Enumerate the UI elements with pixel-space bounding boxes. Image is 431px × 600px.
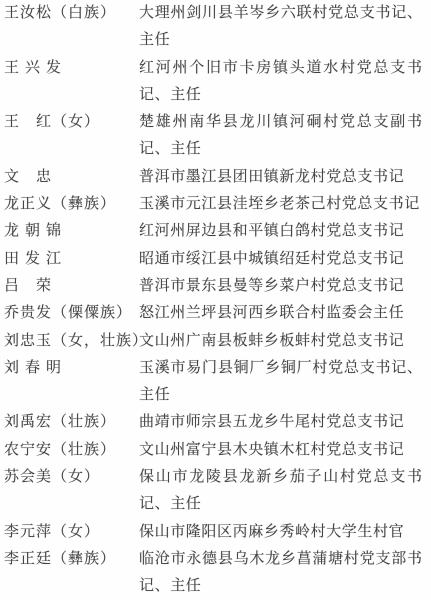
position-line: 记、主任 <box>139 573 422 600</box>
position-line: 文山州富宁县木央镇木杠村党总支书记 <box>139 437 422 464</box>
position-line: 普洱市景东县曼等乡菜户村党总支书记 <box>139 273 422 300</box>
list-entry: 农宁安（壮族） 文山州富宁县木央镇木杠村党总支书记 <box>0 437 431 464</box>
person-position: 文山州广南县板蚌乡板蚌村党总支书记 <box>139 328 422 355</box>
person-position: 红河州屏边县和平镇白鸽村党总支书记 <box>139 218 422 245</box>
position-line: 曲靖市师宗县五龙乡牛尾村党总支书记 <box>139 409 422 436</box>
list-entry: 刘春明 玉溪市易门县铜厂乡铜厂村党总支书记、主任 <box>0 355 431 410</box>
list-entry: 李正廷（彝族） 临沧市永德县乌木龙乡菖蒲塘村党支部书记、主任 <box>0 546 431 600</box>
person-position: 普洱市墨江县团田镇新龙村党总支书记 <box>139 164 422 191</box>
position-line: 红河州个旧市卡房镇头道水村党总支书 <box>139 55 422 82</box>
person-name: 田发江 <box>0 246 139 273</box>
person-position: 大理州剑川县羊岑乡六联村党总支书记、主任 <box>139 0 422 55</box>
list-entry: 王兴发 红河州个旧市卡房镇头道水村党总支书记、主任 <box>0 55 431 110</box>
list-entry: 文 忠 普洱市墨江县团田镇新龙村党总支书记 <box>0 164 431 191</box>
position-line: 记、主任 <box>139 136 422 163</box>
person-position: 保山市龙陵县龙新乡茄子山村党总支书记、主任 <box>139 464 422 519</box>
position-line: 玉溪市易门县铜厂乡铜厂村党总支书记、 <box>139 355 422 382</box>
position-line: 主任 <box>139 382 422 409</box>
person-position: 红河州个旧市卡房镇头道水村党总支书记、主任 <box>139 55 422 110</box>
person-name: 李元萍（女） <box>0 519 139 546</box>
list-entry: 王 红（女） 楚雄州南华县龙川镇河硐村党总支副书记、主任 <box>0 109 431 164</box>
position-line: 红河州屏边县和平镇白鸽村党总支书记 <box>139 218 422 245</box>
position-line: 保山市龙陵县龙新乡茄子山村党总支书 <box>139 464 422 491</box>
list-entry: 吕 荣 普洱市景东县曼等乡菜户村党总支书记 <box>0 273 431 300</box>
person-name: 刘春明 <box>0 355 139 382</box>
person-name: 李正廷（彝族） <box>0 546 139 573</box>
person-position: 临沧市永德县乌木龙乡菖蒲塘村党支部书记、主任 <box>139 546 422 600</box>
person-position: 玉溪市元江县洼垤乡老茶己村党总支书记 <box>139 191 422 218</box>
person-position: 普洱市景东县曼等乡菜户村党总支书记 <box>139 273 422 300</box>
person-position: 曲靖市师宗县五龙乡牛尾村党总支书记 <box>139 409 422 436</box>
person-position: 玉溪市易门县铜厂乡铜厂村党总支书记、主任 <box>139 355 422 410</box>
person-name: 王兴发 <box>0 55 139 82</box>
position-line: 主任 <box>139 27 422 54</box>
person-name: 王 红（女） <box>0 109 139 136</box>
position-line: 楚雄州南华县龙川镇河硐村党总支副书 <box>139 109 422 136</box>
list-entry: 刘忠玉（女，壮族） 文山州广南县板蚌乡板蚌村党总支书记 <box>0 328 431 355</box>
person-name: 农宁安（壮族） <box>0 437 139 464</box>
list-entry: 刘禹宏（壮族） 曲靖市师宗县五龙乡牛尾村党总支书记 <box>0 409 431 436</box>
person-name: 龙朝锦 <box>0 218 139 245</box>
list-entry: 王汝松（白族） 大理州剑川县羊岑乡六联村党总支书记、主任 <box>0 0 431 55</box>
position-line: 记、主任 <box>139 491 422 518</box>
list-entry: 乔贵发（傈僳族） 怒江州兰坪县河西乡联合村监委会主任 <box>0 300 431 327</box>
person-name: 刘忠玉（女，壮族） <box>0 328 139 355</box>
position-line: 保山市隆阳区丙麻乡秀岭村大学生村官 <box>139 519 422 546</box>
person-position: 楚雄州南华县龙川镇河硐村党总支副书记、主任 <box>139 109 422 164</box>
list-entry: 李元萍（女） 保山市隆阳区丙麻乡秀岭村大学生村官 <box>0 519 431 546</box>
position-line: 玉溪市元江县洼垤乡老茶己村党总支书记 <box>139 191 422 218</box>
list-entry: 田发江 昭通市绥江县中城镇绍廷村党总支书记 <box>0 246 431 273</box>
position-line: 记、主任 <box>139 82 422 109</box>
document-page: 王汝松（白族） 大理州剑川县羊岑乡六联村党总支书记、主任 王兴发 红河州个旧市卡… <box>0 0 431 600</box>
position-line: 文山州广南县板蚌乡板蚌村党总支书记 <box>139 328 422 355</box>
position-line: 昭通市绥江县中城镇绍廷村党总支书记 <box>139 246 422 273</box>
person-name: 龙正义（彝族） <box>0 191 139 218</box>
person-position: 怒江州兰坪县河西乡联合村监委会主任 <box>139 300 422 327</box>
person-name: 乔贵发（傈僳族） <box>0 300 139 327</box>
list-entry: 龙朝锦 红河州屏边县和平镇白鸽村党总支书记 <box>0 218 431 245</box>
person-name: 刘禹宏（壮族） <box>0 409 139 436</box>
list-entry: 苏会美（女） 保山市龙陵县龙新乡茄子山村党总支书记、主任 <box>0 464 431 519</box>
person-name: 文 忠 <box>0 164 139 191</box>
list-entry: 龙正义（彝族） 玉溪市元江县洼垤乡老茶己村党总支书记 <box>0 191 431 218</box>
position-line: 大理州剑川县羊岑乡六联村党总支书记、 <box>139 0 422 27</box>
position-line: 怒江州兰坪县河西乡联合村监委会主任 <box>139 300 422 327</box>
position-line: 临沧市永德县乌木龙乡菖蒲塘村党支部书 <box>139 546 422 573</box>
person-name: 苏会美（女） <box>0 464 139 491</box>
person-name: 王汝松（白族） <box>0 0 139 27</box>
person-position: 保山市隆阳区丙麻乡秀岭村大学生村官 <box>139 519 422 546</box>
roster-list: 王汝松（白族） 大理州剑川县羊岑乡六联村党总支书记、主任 王兴发 红河州个旧市卡… <box>0 0 431 600</box>
person-position: 昭通市绥江县中城镇绍廷村党总支书记 <box>139 246 422 273</box>
person-name: 吕 荣 <box>0 273 139 300</box>
position-line: 普洱市墨江县团田镇新龙村党总支书记 <box>139 164 422 191</box>
person-position: 文山州富宁县木央镇木杠村党总支书记 <box>139 437 422 464</box>
